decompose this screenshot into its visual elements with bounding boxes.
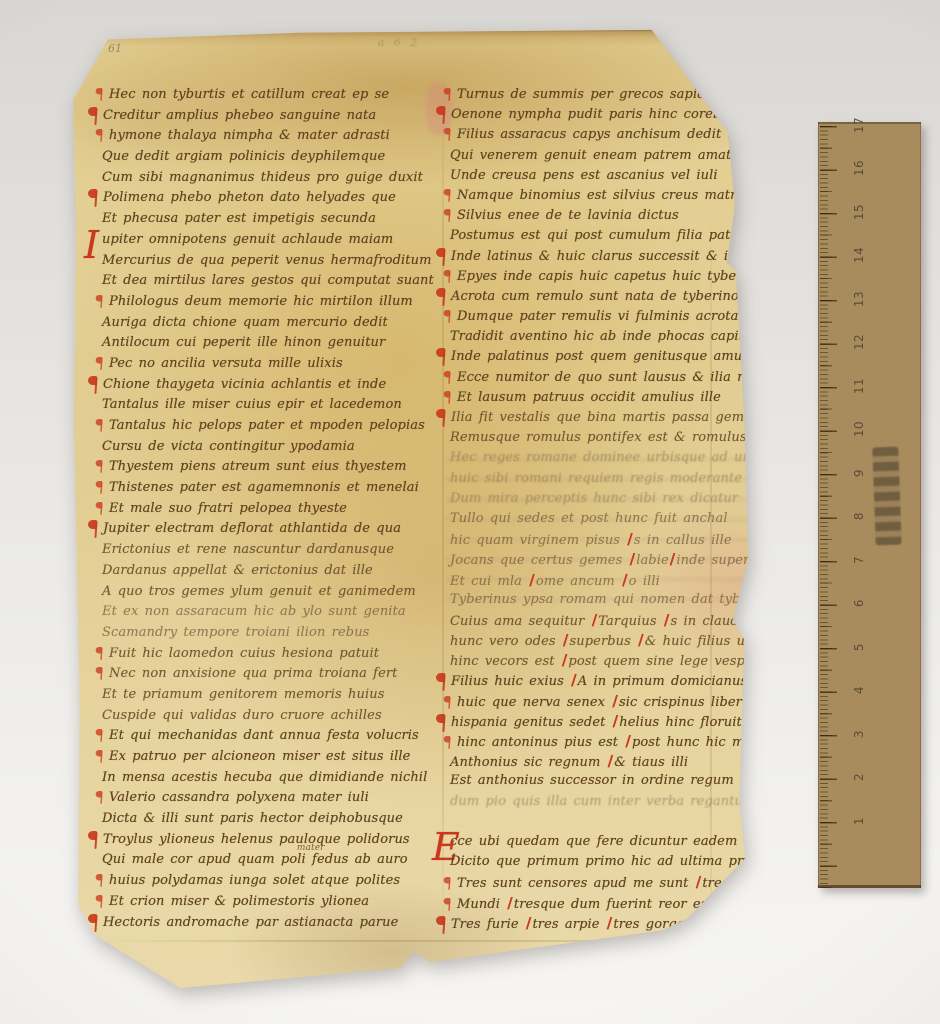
- line-text: Dardanus appellat & erictonius dat ille: [102, 563, 373, 578]
- line-text: Tradidit aventino hic ab inde phocas cap…: [450, 329, 771, 344]
- text-line: Chione thaygeta vicinia achlantis et ind…: [102, 375, 450, 396]
- text-line: Et crion miser & polimestoris ylionea: [102, 892, 450, 913]
- ruler-number: 5: [852, 636, 866, 658]
- line-text: Hec reges romane dominee urbisque ad urb…: [450, 450, 778, 465]
- text-line: Inde palatinus post quem genitusque amul…: [450, 347, 780, 367]
- photo: { "leaf": { "corner_number": "61", "top_…: [0, 0, 940, 1024]
- text-line: Nec non anxisione qua prima troiana fert: [102, 664, 450, 685]
- text-line: Qui venerem genuit eneam patrem amaticem: [450, 146, 780, 166]
- paraph-mark-icon: [436, 409, 448, 423]
- line-text: Acrota cum remulo sunt nata de tyberino: [451, 289, 739, 304]
- line-text: hic quam virginem pisus /s in callus ill…: [450, 533, 732, 548]
- ruler-number: 14: [852, 244, 866, 266]
- line-text: Tantalus ille miser cuius epir et lacede…: [102, 397, 402, 412]
- line-text: Cursu de victa contingitur ypodamia: [102, 439, 355, 454]
- line-text: Erictonius et rene nascuntur dardanusque: [102, 542, 394, 557]
- line-text: Anthonius sic regnum /& tiaus illi: [450, 755, 688, 770]
- text-line: Polimena phebo pheton dato helyades que: [102, 188, 450, 209]
- text-line: A quo tros gemes ylum genuit et ganimede…: [102, 582, 450, 603]
- red-virgule: /: [669, 550, 677, 568]
- line-text: Philologus deum memorie hic mirtilon ill…: [109, 294, 413, 309]
- line-text: Est anthonius successor in ordine regum: [450, 773, 734, 788]
- text-line: Auriga dicta chione quam mercurio dedit: [102, 313, 450, 334]
- line-text: Valerio cassandra polyxena mater iuli: [109, 790, 369, 805]
- line-text: Et phecusa pater est impetigis secunda: [102, 211, 376, 226]
- paraph-mark-icon: [96, 729, 105, 739]
- line-text: Remusque romulus pontifex est & romulus …: [450, 430, 784, 445]
- text-line: Et cui mla /ome ancum /o illi: [450, 570, 780, 590]
- line-text: Cuspide qui validas duro cruore achilles: [102, 708, 382, 723]
- line-text: Ilia fit vestalis que bina martis passa …: [451, 410, 775, 425]
- text-column-2: Turnus de summis per grecos sapiandumOen…: [450, 85, 780, 933]
- corner-number: 61: [108, 42, 122, 55]
- ruler-number: 12: [852, 331, 866, 353]
- line-text: Tres furie /tres arpie /tres gorgones /E…: [451, 917, 769, 932]
- line-text: Auriga dicta chione quam mercurio dedit: [102, 315, 388, 330]
- text-line: Creditur amplius phebeo sanguine nata: [102, 106, 450, 127]
- text-line: Et phecusa pater est impetigis secunda: [102, 209, 450, 230]
- text-line: Tres sunt censores apud me sunt /tresque…: [450, 872, 780, 892]
- line-text: huic sibi romani requiem regis moderante: [450, 471, 742, 486]
- line-text: Qui venerem genuit eneam patrem amaticem: [450, 148, 763, 163]
- line-text: Jocans que certus gemes /labie/inde supe…: [450, 553, 773, 568]
- text-line: Cursu de victa contingitur ypodamia: [102, 437, 450, 458]
- text-column-1: Hec non tyburtis et catillum creat ep se…: [102, 85, 450, 933]
- line-text: Turnus de summis per grecos sapiandum: [457, 87, 743, 102]
- text-line: huius polydamas iunga solet atque polite…: [102, 871, 450, 892]
- text-line: Ecce ubi quedam que fere dicuntur eadem: [450, 832, 780, 852]
- text-line: Et qui mechanidas dant annua festa voluc…: [102, 726, 450, 747]
- line-text: Thyestem piens atreum sunt eius thyestem: [109, 459, 407, 474]
- text-line: Dicito que primum primo hic ad ultima pr…: [450, 852, 780, 872]
- text-line: Hec non tyburtis et catillum creat ep se: [102, 85, 450, 106]
- line-text: Namque binomius est silvius creus matris: [457, 188, 747, 203]
- red-virgule: /: [591, 611, 599, 629]
- brand-stamp-icon: [872, 447, 901, 546]
- line-text: huius polydamas iunga solet atque polite…: [109, 873, 400, 888]
- ruler-number: 2: [852, 766, 866, 788]
- text-line: hispania genitus sedet /helius hinc flor…: [450, 711, 780, 731]
- text-line: Ex patruo per alcioneon miser est situs …: [102, 747, 450, 768]
- red-virgule: /: [695, 873, 703, 891]
- ruler-number: 1: [852, 810, 866, 832]
- ruler-number: 16: [852, 157, 866, 179]
- margin-paraph-mark-icon: [790, 896, 800, 909]
- paraph-mark-icon: [444, 897, 453, 907]
- manuscript-leaf: 61 a 6 2 Hec non tyburtis et catillum cr…: [58, 28, 782, 990]
- text-line: Remusque romulus pontifex est & romulus …: [450, 428, 780, 448]
- paraph-mark-icon: [88, 107, 100, 121]
- margin-paraph-mark-icon: [790, 613, 800, 626]
- line-text: A quo tros gemes ylum genuit et ganimede…: [102, 584, 416, 599]
- paraph-mark-icon: [444, 391, 453, 401]
- text-line: Et male suo fratri pelopea thyeste: [102, 499, 450, 520]
- ruler-number: 15: [852, 201, 866, 223]
- interlinear-gloss: mater: [297, 843, 325, 853]
- margin-paraph-mark-icon: [790, 653, 800, 666]
- text-line: Postumus est qui post cumulum filia patr…: [450, 226, 780, 246]
- line-text: Que dedit argiam polinicis deyphilemque: [102, 149, 385, 164]
- line-text: dum pio quis illa cum inter verba regant…: [450, 794, 749, 809]
- text-line: Thyestem piens atreum sunt eius thyestem: [102, 457, 450, 478]
- margin-paraph-mark-icon: [790, 754, 800, 767]
- red-virgule: /: [624, 732, 632, 750]
- text-line: Qui male cor apud quam poli fedus ab aur…: [102, 850, 450, 871]
- line-text: Dicito que primum primo hic ad ultima pr…: [450, 854, 781, 869]
- line-text: Epyes inde capis huic capetus huic tyber…: [457, 269, 755, 284]
- text-line: Mundi /tresque dum fuerint reor esse sor…: [450, 893, 780, 913]
- line-text: Dumque pater remulis vi fulminis acrota …: [457, 309, 808, 324]
- line-text: Et qui mechanidas dant annua festa voluc…: [109, 728, 419, 743]
- text-line: Tantalus ille miser cuius epir et lacede…: [102, 395, 450, 416]
- red-virgule: /: [606, 914, 614, 932]
- ruler-number: 13: [852, 288, 866, 310]
- ruler-number: 9: [852, 462, 866, 484]
- paraph-mark-icon: [436, 348, 448, 362]
- ruler-number: 6: [852, 592, 866, 614]
- paraph-mark-icon: [96, 88, 105, 98]
- text-line: Unde creusa pens est ascanius vel iuli: [450, 166, 780, 186]
- ruler-number: 4: [852, 679, 866, 701]
- text-line: Dardanus appellat & erictonius dat ille: [102, 561, 450, 582]
- text-line: Cuius ama sequitur /Tarquius /s in claud…: [450, 610, 780, 630]
- text-line: Philologus deum memorie hic mirtilon ill…: [102, 292, 450, 313]
- red-virgule: /: [629, 550, 637, 568]
- text-line: Dumque pater remulis vi fulminis acrota …: [450, 307, 780, 327]
- paraph-mark-icon: [88, 520, 100, 534]
- line-text: Filius huic exius /A in primum domicianu…: [451, 674, 747, 689]
- red-virgule: /: [637, 631, 645, 649]
- text-line: Dicta & illi sunt paris hector deiphobus…: [102, 809, 450, 830]
- red-virgule: /: [626, 530, 634, 548]
- line-text: Polimena phebo pheton dato helyades que: [103, 190, 396, 205]
- paraph-mark-icon: [444, 128, 453, 138]
- text-line: Dum mira perceptis hunc sibi rex dicatur: [450, 489, 780, 509]
- paraph-mark-icon: [96, 502, 105, 512]
- paraph-mark-icon: [444, 270, 453, 280]
- line-text: Filius assaracus capys anchisum dedit il…: [457, 127, 748, 142]
- line-text: Tantalus hic pelops pater et mpoden pelo…: [109, 418, 425, 433]
- paraph-mark-icon: [96, 874, 105, 884]
- paraph-mark-icon: [436, 916, 448, 930]
- text-line: Erictonius et rene nascuntur dardanusque: [102, 540, 450, 561]
- red-virgule: /: [506, 894, 514, 912]
- text-line: Que dedit argiam polinicis deyphilemque: [102, 147, 450, 168]
- text-line: Est anthonius successor in ordine regum: [450, 771, 780, 791]
- line-text: Jupiter electram deflorat athlantida de …: [103, 521, 401, 536]
- ruler-number: 8: [852, 505, 866, 527]
- text-line: Et ex non assaracum hic ab ylo sunt geni…: [102, 602, 450, 623]
- red-virgule: /: [561, 651, 569, 669]
- horizontal-crease: [101, 940, 724, 942]
- text-line: huic sibi romani requiem regis moderante: [450, 469, 780, 489]
- line-text: upiter omnipotens genuit achlaude maiam: [102, 232, 393, 247]
- red-virgule: /: [607, 752, 615, 770]
- line-text: Qui male cor apud quam poli fedus ab aur…: [102, 852, 408, 867]
- red-virgule: /: [570, 671, 578, 689]
- text-line: dum pio quis illa cum inter verba regant…: [450, 792, 780, 812]
- line-text: Et ex non assaracum hic ab ylo sunt geni…: [102, 604, 406, 619]
- text-line: Pec no ancilia versuta mille ulixis: [102, 354, 450, 375]
- text-line: Turnus de summis per grecos sapiandum: [450, 85, 780, 105]
- ruler-number: 10: [852, 418, 866, 440]
- top-inscription: a 6 2: [294, 36, 504, 49]
- paraph-mark-icon: [444, 696, 453, 706]
- ruler-number: 7: [852, 549, 866, 571]
- parchment: 61 a 6 2 Hec non tyburtis et catillum cr…: [58, 28, 782, 990]
- ruler-number: 17: [852, 114, 866, 136]
- text-line: Fuit hic laomedon cuius hesiona patuit: [102, 644, 450, 665]
- line-text: Nec non anxisione qua prima troiana fert: [109, 666, 398, 681]
- line-text: Antilocum cui peperit ille hinon genuitu…: [102, 335, 385, 350]
- line-text: Unde creusa pens est ascanius vel iuli: [450, 168, 718, 183]
- text-line: huic que nerva senex /sic crispinus libe…: [450, 691, 780, 711]
- line-text: Hec non tyburtis et catillum creat ep se: [109, 87, 389, 102]
- paraph-mark-icon: [444, 189, 453, 199]
- line-text: hymone thalaya nimpha & mater adrasti: [109, 128, 390, 143]
- text-line: Hec reges romane dominee urbisque ad urb…: [450, 448, 780, 468]
- text-line: Cuspide qui validas duro cruore achilles: [102, 706, 450, 727]
- text-line: Oenone nympha pudit paris hinc corebum: [450, 105, 780, 125]
- text-line: Acrota cum remulo sunt nata de tyberino: [450, 287, 780, 307]
- paraph-mark-icon: [88, 831, 100, 845]
- paraph-mark-icon: [96, 667, 105, 677]
- text-line: hinc antoninus pius est /post hunc hic m…: [450, 731, 780, 751]
- line-text: hinc vecors est /post quem sine lege ves…: [450, 654, 795, 669]
- line-text: Oenone nympha pudit paris hinc corebum: [451, 107, 742, 122]
- line-text: Cuius ama sequitur /Tarquius /s in claud…: [450, 614, 758, 629]
- text-line: Valerio cassandra polyxena mater iuli: [102, 788, 450, 809]
- paraph-mark-icon: [96, 460, 105, 470]
- line-text: Scamandry tempore troiani ilion rebus: [102, 625, 369, 640]
- line-text: Tullo qui sedes et post hunc fuit anchal: [450, 511, 728, 526]
- paraph-mark-icon: [436, 714, 448, 728]
- line-text: Postumus est qui post cumulum filia patr…: [450, 228, 791, 243]
- text-line: Silvius enee de te lavinia dictus: [450, 206, 780, 226]
- text-line: Tyberinus ypsa romam qui nomen dat tyber…: [450, 590, 780, 610]
- ruler-number: 3: [852, 723, 866, 745]
- line-text: Et lausum patruus occidit amulius ille: [457, 390, 721, 405]
- text-line: Inde latinus & huic clarus successit & i…: [450, 247, 780, 267]
- line-text: hispania genitus sedet /helius hinc flor…: [451, 715, 742, 730]
- line-text: Mundi /tresque dum fuerint reor esse sor…: [457, 897, 778, 912]
- line-text: Et male suo fratri pelopea thyeste: [109, 501, 347, 516]
- paraph-mark-icon: [96, 295, 105, 305]
- line-text: In mensa acestis hecuba que dimidiande n…: [102, 770, 427, 785]
- line-text: Tyberinus ypsa romam qui nomen dat tyber…: [450, 592, 775, 607]
- text-line: Et te priamum genitorem memoris huius: [102, 685, 450, 706]
- line-text: Tres sunt censores apud me sunt /tresque…: [457, 876, 802, 891]
- paraph-mark-icon: [96, 647, 105, 657]
- line-text: cce ubi quedam que fere dicuntur eadem: [450, 834, 737, 849]
- text-line: Epyes inde capis huic capetus huic tyber…: [450, 267, 780, 287]
- text-line: Et dea mirtilus lares gestos qui computa…: [102, 271, 450, 292]
- line-text: Et te priamum genitorem memoris huius: [102, 687, 384, 702]
- paraph-mark-icon: [444, 371, 453, 381]
- red-virgule: /: [621, 571, 629, 589]
- text-line: Troylus ylioneus helenus pauloque polido…: [102, 830, 450, 851]
- line-text: huic que nerva senex /sic crispinus libe…: [457, 695, 765, 710]
- paraph-mark-icon: [444, 88, 453, 98]
- paraph-mark-icon: [436, 106, 448, 120]
- paraph-mark-icon: [96, 750, 105, 760]
- line-text: Dum mira perceptis hunc sibi rex dicatur: [450, 491, 738, 506]
- line-text: Pec no ancilia versuta mille ulixis: [109, 356, 343, 371]
- text-line: Scamandry tempore troiani ilion rebus: [102, 623, 450, 644]
- margin-paraph-mark-icon: [790, 431, 800, 444]
- red-virgule: /: [611, 692, 619, 710]
- red-virgule: /: [714, 914, 722, 932]
- text-line: Anthonius sic regnum /& tiaus illi: [450, 751, 780, 771]
- line-text: hinc antoninus pius est /post hunc hic m…: [457, 735, 784, 750]
- red-virgule: /: [663, 611, 671, 629]
- paraph-mark-icon: [96, 419, 105, 429]
- line-text: Et dea mirtilus lares gestos qui computa…: [102, 273, 434, 288]
- red-virgule: /: [612, 712, 620, 730]
- paraph-mark-icon: [96, 895, 105, 905]
- line-text: Silvius enee de te lavinia dictus: [457, 208, 679, 223]
- red-virgule: /: [562, 631, 570, 649]
- paraph-mark-icon: [436, 673, 448, 687]
- margin-paraph-mark-icon: [790, 875, 800, 888]
- line-text: Ex patruo per alcioneon miser est situs …: [109, 749, 410, 764]
- text-line: Thistenes pater est agamemnonis et menel…: [102, 478, 450, 499]
- paraph-mark-icon: [88, 914, 100, 928]
- line-text: hunc vero odes /superbus /& huic filius …: [450, 634, 761, 649]
- text-line: Tres furie /tres arpie /tres gorgones /E…: [450, 913, 780, 933]
- line-text: Fuit hic laomedon cuius hesiona patuit: [109, 646, 379, 661]
- text-line: Iupiter omnipotens genuit achlaude maiam: [102, 230, 450, 251]
- line-text: Dicta & illi sunt paris hector deiphobus…: [102, 811, 403, 826]
- paraph-mark-icon: [444, 877, 453, 887]
- text-line: hic quam virginem pisus /s in callus ill…: [450, 529, 780, 549]
- paraph-mark-icon: [96, 481, 105, 491]
- line-text: Et cui mla /ome ancum /o illi: [450, 574, 660, 589]
- line-text: Hectoris andromache par astianacta parue: [103, 915, 398, 930]
- text-line: Mercurius de qua peperit venus hermafrod…: [102, 251, 450, 272]
- paraph-mark-icon: [96, 357, 105, 367]
- text-line: Tradidit aventino hic ab inde phocas cap…: [450, 327, 780, 347]
- text-line: hymone thalaya nimpha & mater adrasti: [102, 126, 450, 147]
- text-line: hinc vecors est /post quem sine lege ves…: [450, 650, 780, 670]
- text-line: Jupiter electram deflorat athlantida de …: [102, 519, 450, 540]
- paraph-mark-icon: [444, 736, 453, 746]
- margin-paraph-mark-icon: [790, 795, 800, 808]
- text-line: Namque binomius est silvius creus matris: [450, 186, 780, 206]
- text-line: Jocans que certus gemes /labie/inde supe…: [450, 549, 780, 569]
- text-line: Cum sibi magnanimus thideus pro guige du…: [102, 168, 450, 189]
- line-text: Troylus ylioneus helenus pauloque polido…: [103, 832, 410, 847]
- line-text: Ecce numitor de quo sunt lausus & ilia n…: [457, 370, 763, 385]
- paraph-mark-icon: [96, 791, 105, 801]
- text-line: hunc vero odes /superbus /& huic filius …: [450, 630, 780, 650]
- line-text: Mercurius de qua peperit venus hermafrod…: [102, 253, 432, 268]
- text-line: Filius huic exius /A in primum domicianu…: [450, 670, 780, 690]
- line-text: Thistenes pater est agamemnonis et menel…: [109, 480, 419, 495]
- ruler-cm-ticks: [820, 126, 837, 889]
- line-text: Inde palatinus post quem genitusque amul…: [451, 349, 766, 364]
- line-text: Cum sibi magnanimus thideus pro guige du…: [102, 170, 423, 185]
- paraph-mark-icon: [436, 288, 448, 302]
- text-line: Hectoris andromache par astianacta parue: [102, 913, 450, 934]
- rubricated-initial: I: [84, 226, 99, 264]
- text-line: Tullo qui sedes et post hunc fuit anchal: [450, 509, 780, 529]
- red-virgule: /: [528, 571, 536, 589]
- line-text: Inde latinus & huic clarus successit & i…: [451, 249, 741, 264]
- paraph-mark-icon: [96, 129, 105, 139]
- line-text: Chione thaygeta vicinia achlantis et ind…: [103, 377, 386, 392]
- margin-paraph-mark-icon: [790, 552, 800, 565]
- text-line: In mensa acestis hecuba que dimidiande n…: [102, 768, 450, 789]
- text-line: Antilocum cui peperit ille hinon genuitu…: [102, 333, 450, 354]
- text-line: Filius assaracus capys anchisum dedit il…: [450, 125, 780, 145]
- paraph-mark-icon: [436, 248, 448, 262]
- paraph-mark-icon: [444, 209, 453, 219]
- paraph-mark-icon: [88, 189, 100, 203]
- red-virgule: /: [525, 914, 533, 932]
- ruler-number: 11: [852, 375, 866, 397]
- line-text: Et crion miser & polimestoris ylionea: [109, 894, 369, 909]
- paraph-mark-icon: [88, 376, 100, 390]
- text-line: Ecce numitor de quo sunt lausus & ilia n…: [450, 368, 780, 388]
- paraph-mark-icon: [444, 310, 453, 320]
- text-line: Ilia fit vestalis que bina martis passa …: [450, 408, 780, 428]
- text-line: Et lausum patruus occidit amulius ille: [450, 388, 780, 408]
- text-line: Tantalus hic pelops pater et mpoden pelo…: [102, 416, 450, 437]
- ruler: 1234567891011121314151617: [818, 122, 921, 888]
- line-text: Creditur amplius phebeo sanguine nata: [103, 108, 376, 123]
